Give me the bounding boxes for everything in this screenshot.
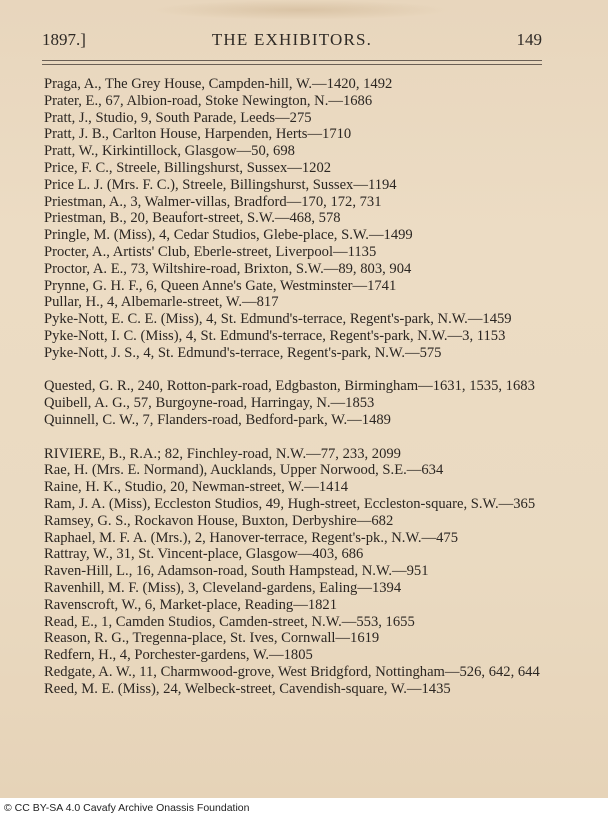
list-item: Pratt, J., Studio, 9, South Parade, Leed… [44,110,554,127]
list-item: Priestman, B., 20, Beaufort-street, S.W.… [44,210,554,227]
list-item: Rae, H. (Mrs. E. Normand), Aucklands, Up… [44,462,554,479]
section-gap [44,362,554,379]
list-item: Pyke-Nott, E. C. E. (Miss), 4, St. Edmun… [44,311,554,328]
list-item: Redgate, A. W., 11, Charmwood-grove, Wes… [44,664,554,681]
paper-stain [150,0,450,20]
list-item: Read, E., 1, Camden Studios, Camden-stre… [44,614,554,631]
exhibitor-list: Praga, A., The Grey House, Campden-hill,… [44,76,554,697]
running-head: 1897.] THE EXHIBITORS. 149 [42,30,542,54]
list-item: Praga, A., The Grey House, Campden-hill,… [44,76,554,93]
list-item: Pratt, W., Kirkintillock, Glasgow—50, 69… [44,143,554,160]
list-item: Proctor, A. E., 73, Wiltshire-road, Brix… [44,261,554,278]
page-title: THE EXHIBITORS. [42,30,542,50]
list-item: Quibell, A. G., 57, Burgoyne-road, Harri… [44,395,554,412]
list-item: Priestman, A., 3, Walmer-villas, Bradfor… [44,194,554,211]
scanned-page: 1897.] THE EXHIBITORS. 149 Praga, A., Th… [0,0,608,798]
list-item: Redfern, H., 4, Porchester-gardens, W.—1… [44,647,554,664]
list-item: Quinnell, C. W., 7, Flanders-road, Bedfo… [44,412,554,429]
list-item: Reason, R. G., Tregenna-place, St. Ives,… [44,630,554,647]
list-item: Price, F. C., Streele, Billingshurst, Su… [44,160,554,177]
page-number: 149 [517,30,543,50]
list-item: Pullar, H., 4, Albemarle-street, W.—817 [44,294,554,311]
list-item: Ram, J. A. (Miss), Eccleston Studios, 49… [44,496,554,513]
list-item: Prynne, G. H. F., 6, Queen Anne's Gate, … [44,278,554,295]
list-item: Pringle, M. (Miss), 4, Cedar Studios, Gl… [44,227,554,244]
list-item: Procter, A., Artists' Club, Eberle-stree… [44,244,554,261]
list-item: Ravenscroft, W., 6, Market-place, Readin… [44,597,554,614]
list-item: Rattray, W., 31, St. Vincent-place, Glas… [44,546,554,563]
list-item: RIVIERE, B., R.A.; 82, Finchley-road, N.… [44,446,554,463]
list-item: Raven-Hill, L., 16, Adamson-road, South … [44,563,554,580]
list-item: Prater, E., 67, Albion-road, Stoke Newin… [44,93,554,110]
list-item: Ravenhill, M. F. (Miss), 3, Cleveland-ga… [44,580,554,597]
list-item: Raine, H. K., Studio, 20, Newman-street,… [44,479,554,496]
list-item: Ramsey, G. S., Rockavon House, Buxton, D… [44,513,554,530]
section-gap [44,429,554,446]
list-item: Pyke-Nott, J. S., 4, St. Edmund's-terrac… [44,345,554,362]
list-item: Reed, M. E. (Miss), 24, Welbeck-street, … [44,681,554,698]
list-item: Pyke-Nott, I. C. (Miss), 4, St. Edmund's… [44,328,554,345]
list-item: Quested, G. R., 240, Rotton-park-road, E… [44,378,554,395]
list-item: Raphael, M. F. A. (Mrs.), 2, Hanover-ter… [44,530,554,547]
header-double-rule [42,60,542,65]
copyright-credit: © CC BY-SA 4.0 Cavafy Archive Onassis Fo… [4,802,249,814]
list-item: Price L. J. (Mrs. F. C.), Streele, Billi… [44,177,554,194]
list-item: Pratt, J. B., Carlton House, Harpenden, … [44,126,554,143]
